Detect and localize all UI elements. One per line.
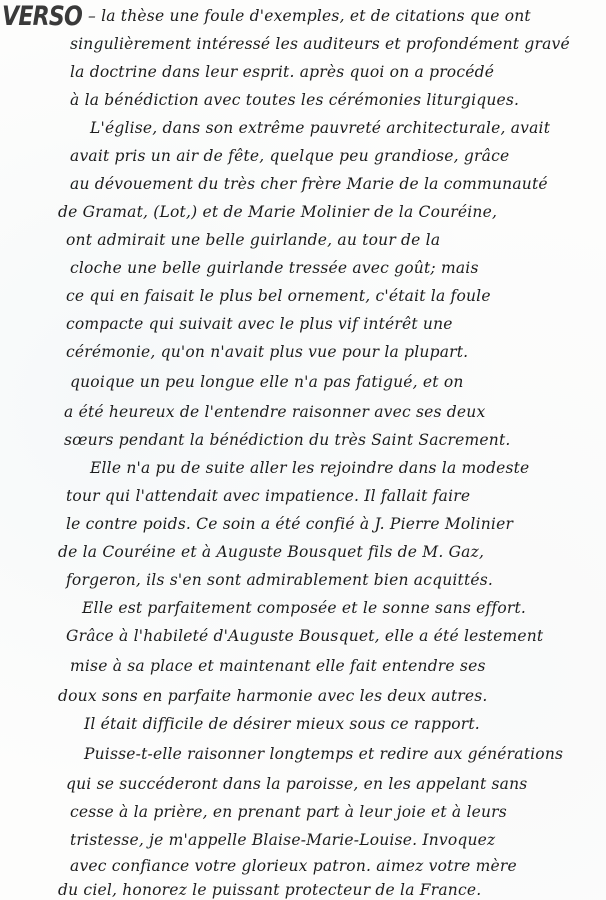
manuscript-line: forgeron, ils s'en sont admirablement bi… <box>66 570 493 590</box>
manuscript-line: compacte qui suivait avec le plus vif in… <box>66 314 453 334</box>
manuscript-line: de la Couréine et à Auguste Bousquet fil… <box>58 542 484 562</box>
manuscript-line: du ciel, honorez le puissant protecteur … <box>58 880 481 900</box>
manuscript-line: ce qui en faisait le plus bel ornement, … <box>66 286 491 306</box>
manuscript-line: singulièrement intéressé les auditeurs e… <box>70 34 570 54</box>
manuscript-line: Grâce à l'habileté d'Auguste Bousquet, e… <box>66 626 543 646</box>
manuscript-line: de Gramat, (Lot,) et de Marie Molinier d… <box>58 202 497 222</box>
manuscript-line: à la bénédiction avec toutes les cérémon… <box>70 90 519 110</box>
manuscript-line: quoique un peu longue elle n'a pas fatig… <box>70 372 464 392</box>
manuscript-line: avait pris un air de fête, quelque peu g… <box>70 146 509 166</box>
manuscript-line: a été heureux de l'entendre raisonner av… <box>64 402 485 422</box>
manuscript-line: Elle n'a pu de suite aller les rejoindre… <box>90 458 529 478</box>
manuscript-line: Il était difficile de désirer mieux sous… <box>84 714 480 734</box>
manuscript-line: doux sons en parfaite harmonie avec les … <box>58 686 488 706</box>
verso-label: VERSO <box>2 2 82 32</box>
manuscript-text: – la thèse une foule d'exemples, et de c… <box>0 0 606 900</box>
manuscript-line: le contre poids. Ce soin a été confié à … <box>66 514 513 534</box>
manuscript-page: VERSO – la thèse une foule d'exemples, e… <box>0 0 606 900</box>
manuscript-line: ont admirait une belle guirlande, au tou… <box>66 230 440 250</box>
manuscript-line: avec confiance votre glorieux patron. ai… <box>70 856 517 876</box>
manuscript-line: L'église, dans son extrême pauvreté arch… <box>90 118 550 138</box>
manuscript-line: – la thèse une foule d'exemples, et de c… <box>88 6 528 26</box>
manuscript-line: qui se succéderont dans la paroisse, en … <box>66 774 527 794</box>
manuscript-line: la doctrine dans leur esprit. après quoi… <box>70 62 494 82</box>
manuscript-line: tour qui l'attendait avec impatience. Il… <box>66 486 470 506</box>
manuscript-line: Elle est parfaitement composée et le son… <box>82 598 526 618</box>
manuscript-line: cérémonie, qu'on n'avait plus vue pour l… <box>66 342 468 362</box>
manuscript-line: tristesse, je m'appelle Blaise-Marie-Lou… <box>70 830 495 850</box>
manuscript-line: mise à sa place et maintenant elle fait … <box>70 656 486 676</box>
manuscript-line: sœurs pendant la bénédiction du très Sai… <box>64 430 511 450</box>
manuscript-line: cesse à la prière, en prenant part à leu… <box>70 802 507 822</box>
manuscript-line: au dévouement du très cher frère Marie d… <box>70 174 548 194</box>
manuscript-line: cloche une belle guirlande tressée avec … <box>70 258 479 278</box>
manuscript-line: Puisse-t-elle raisonner longtemps et red… <box>84 744 563 764</box>
